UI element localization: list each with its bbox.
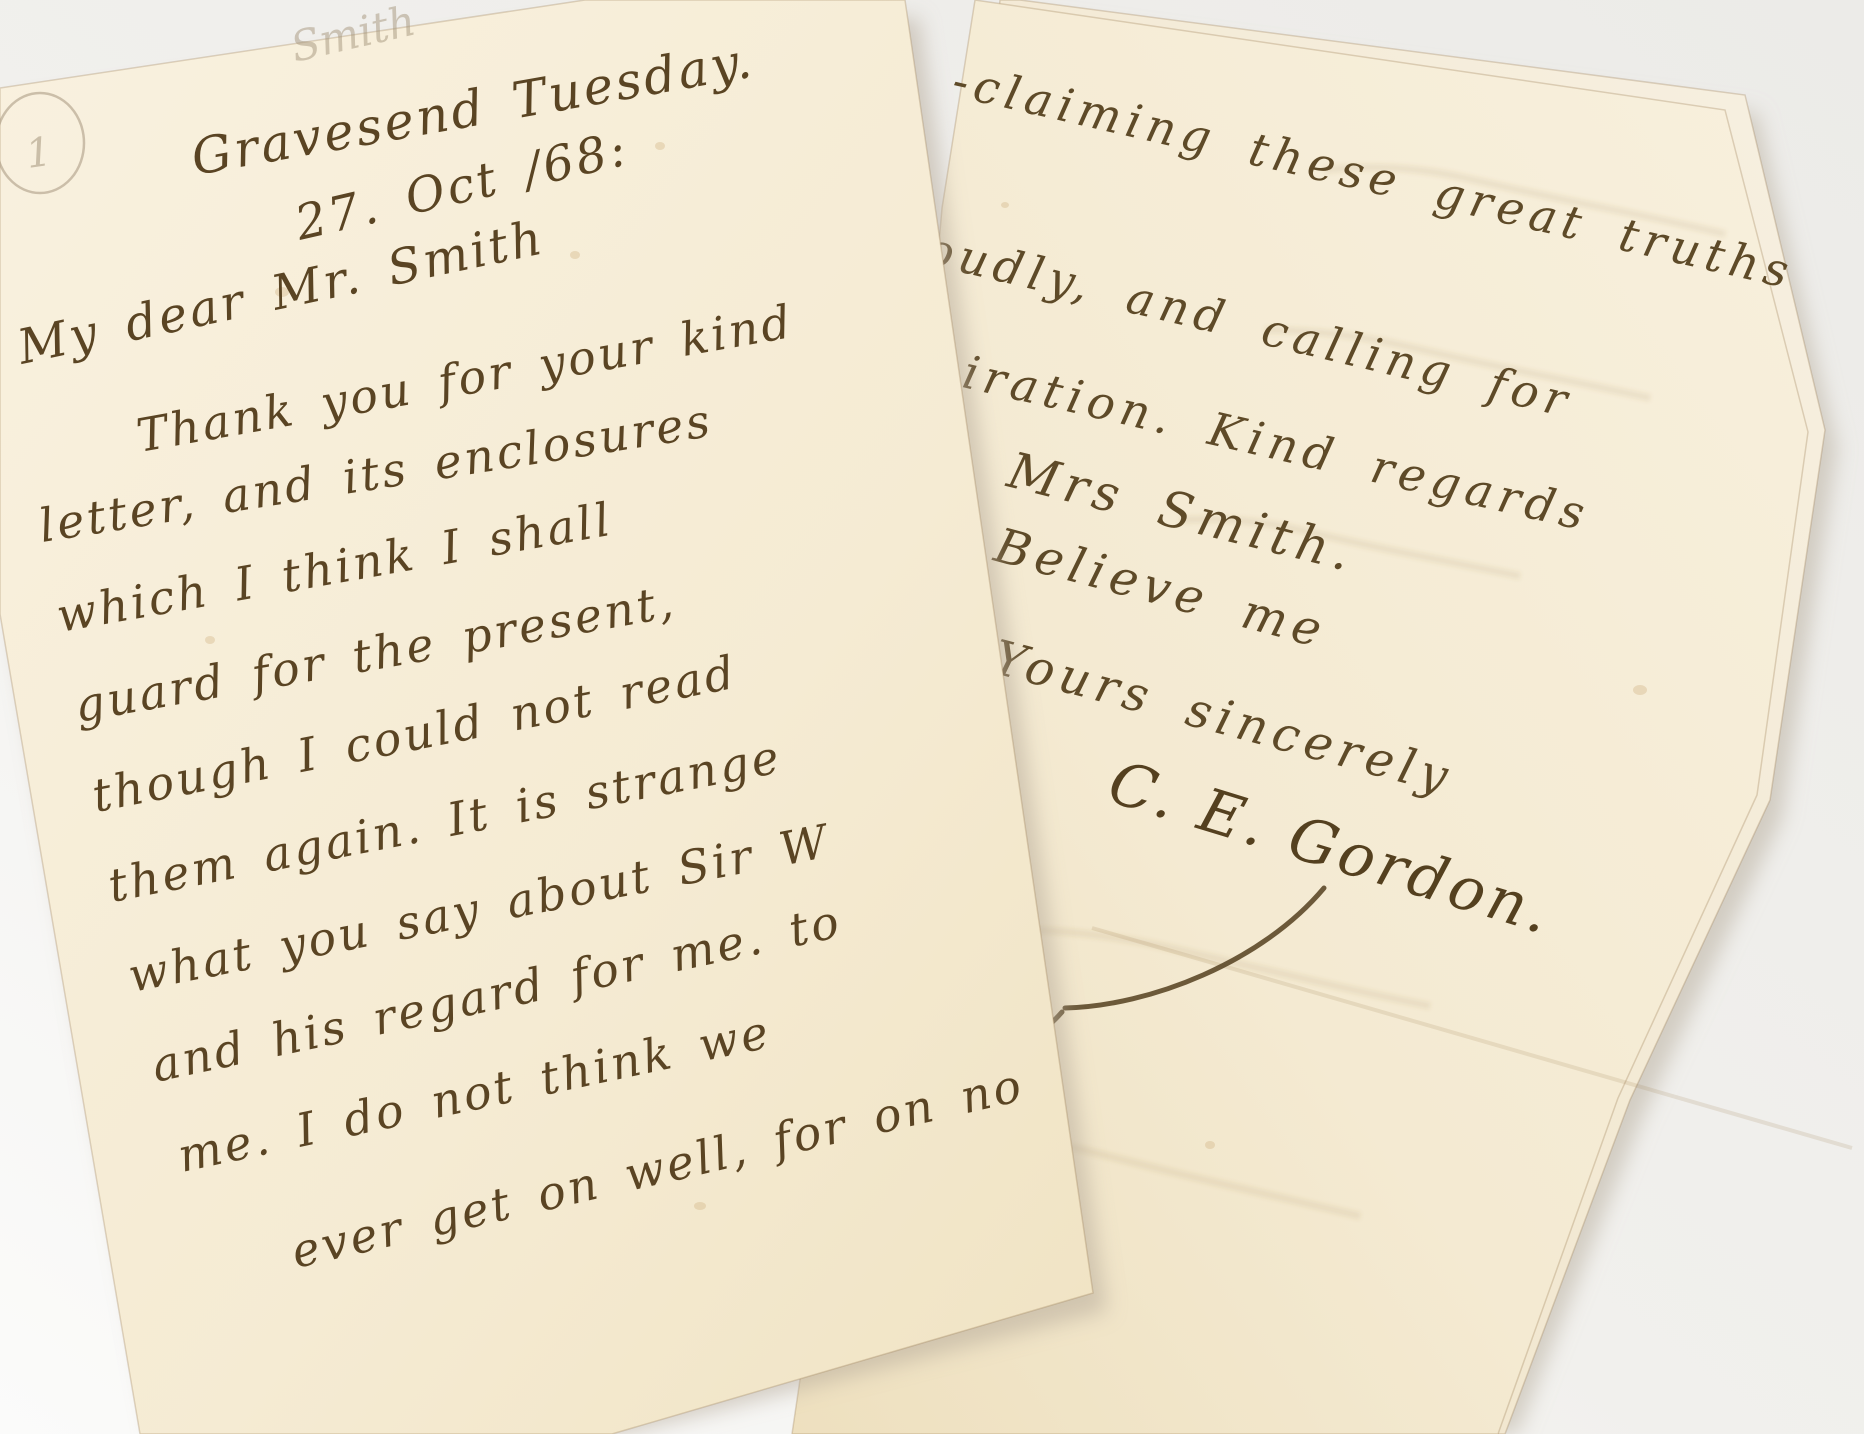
- page1-sheet: 1 Smith Gravesend Tuesday. 27. Oct /68: …: [0, 0, 1093, 1434]
- foxing-spot: [1205, 1141, 1215, 1149]
- foxing-spot: [694, 1202, 706, 1210]
- foxing-spot: [1001, 202, 1009, 208]
- foxing-spot: [570, 251, 580, 259]
- letters-photo: -claiming these great truths loudly, and…: [0, 0, 1864, 1434]
- foxing-spot: [655, 142, 665, 150]
- foxing-spot: [1633, 685, 1647, 695]
- foxing-spot: [205, 636, 215, 644]
- photo-canvas: -claiming these great truths loudly, and…: [0, 0, 1864, 1434]
